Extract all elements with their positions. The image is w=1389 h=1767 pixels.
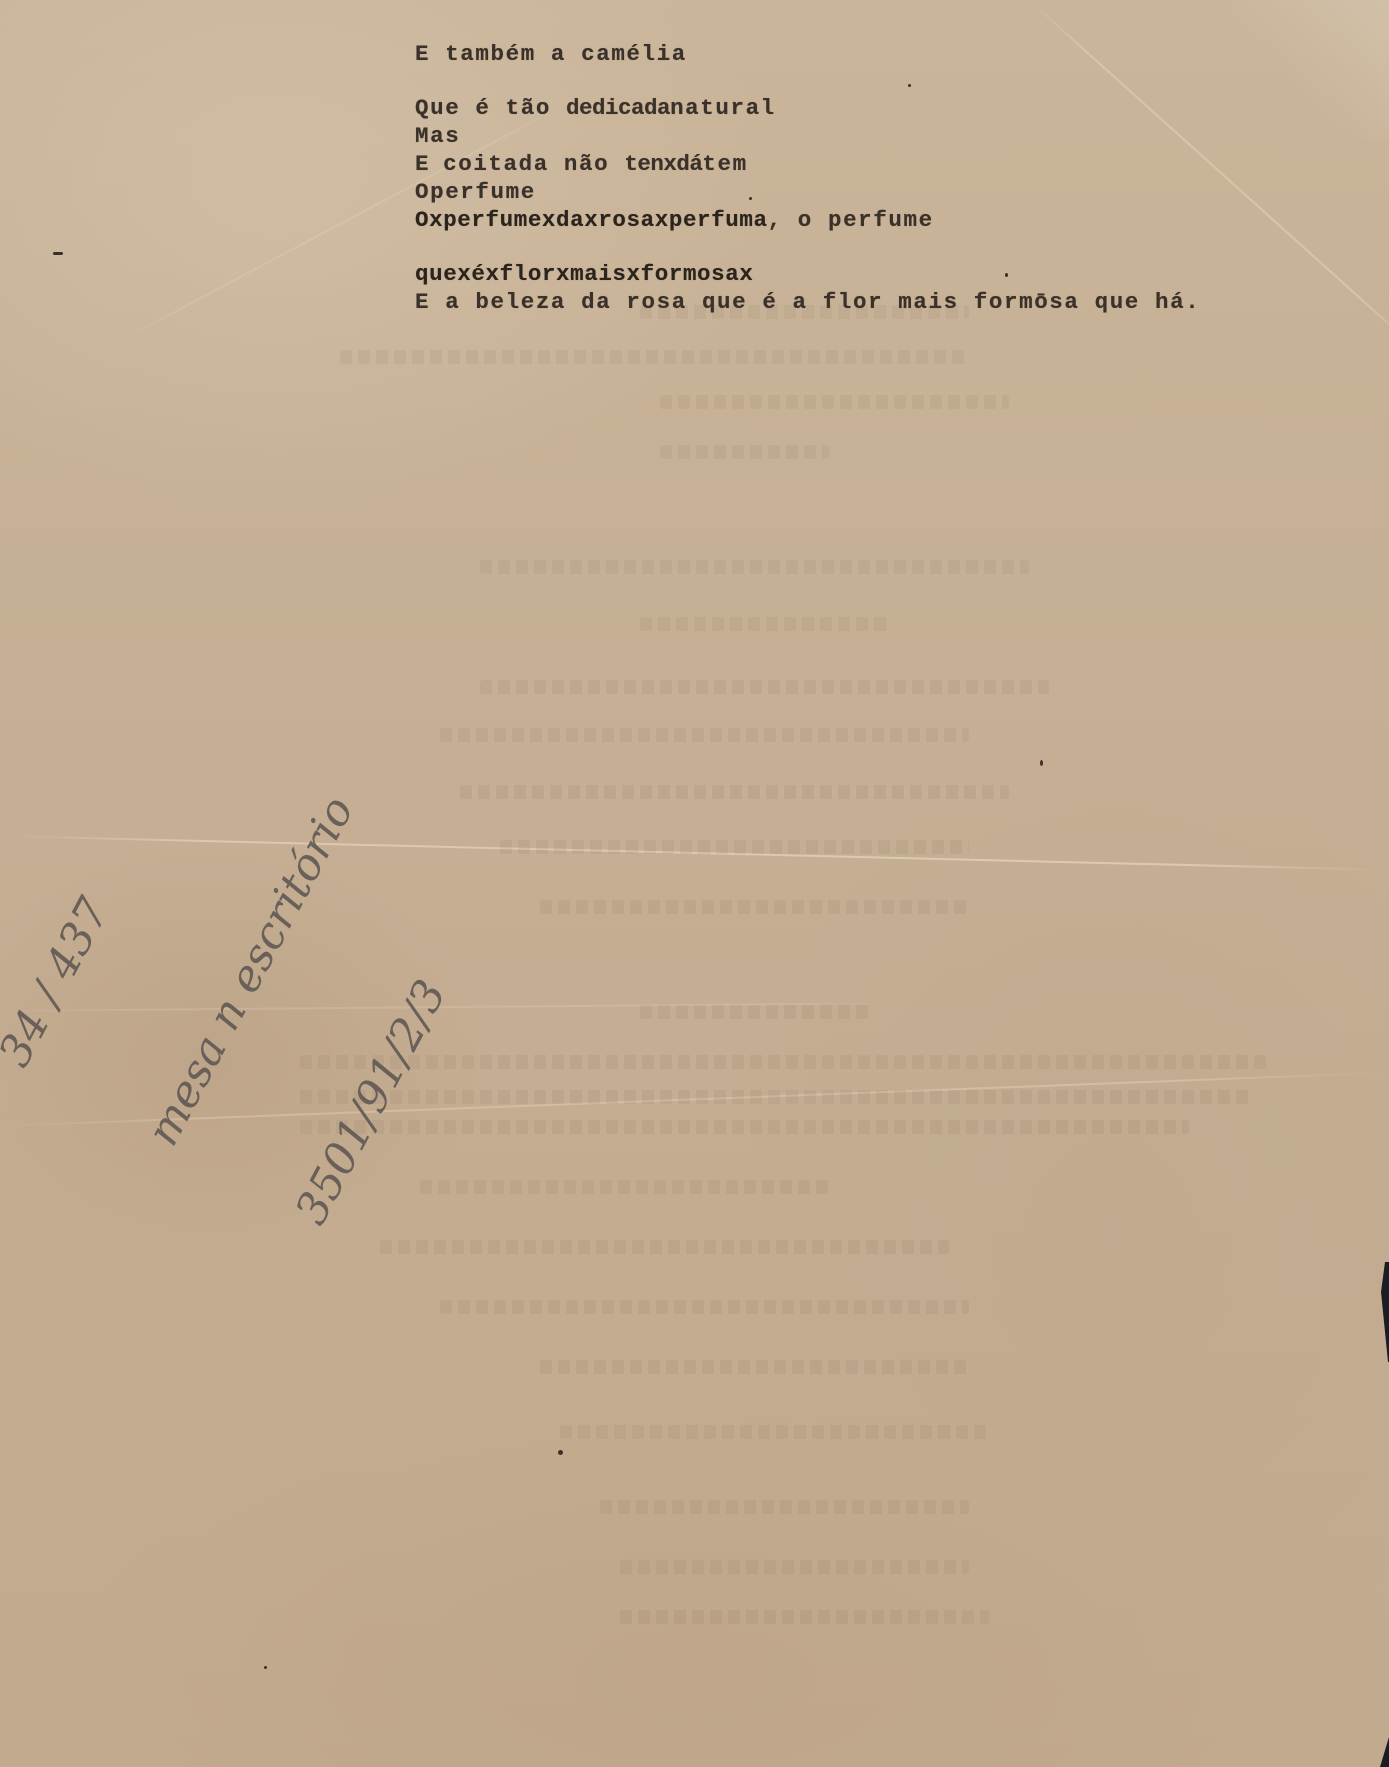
bleed-through-text [440, 728, 969, 742]
struck-out-text: dedicada [566, 95, 670, 121]
typescript-line: E coitada não tenxdátem [415, 150, 1200, 178]
ink-speck [749, 197, 752, 200]
bleed-through-text [380, 1240, 949, 1254]
line-text: Operfume [415, 179, 536, 205]
struck-out-text: E [415, 151, 428, 177]
ink-speck [264, 1666, 267, 1669]
ink-speck [908, 84, 911, 87]
bleed-through-text [500, 840, 969, 854]
typescript-line: Operfume [415, 178, 1200, 206]
bleed-through-text [640, 1005, 869, 1019]
bleed-through-text [540, 900, 969, 914]
line-text: natural [670, 95, 776, 121]
line-text: , o perfume [768, 207, 934, 233]
line-text: Mas [415, 123, 460, 149]
line-gap [415, 68, 1200, 94]
bleed-through-text [540, 1360, 969, 1374]
typescript-line: Oxperfumexdaxrosaxperfuma, o perfume [415, 206, 1200, 234]
corner-fold [1229, 0, 1389, 140]
bleed-through-text [600, 1500, 969, 1514]
bleed-through-text [340, 350, 969, 364]
line-text: E também a camélia [415, 41, 687, 67]
typescript-line: Que é tão dedicadanatural [415, 94, 1200, 122]
line-text: Que é tão [415, 95, 566, 121]
bleed-through-text [420, 1180, 829, 1194]
bleed-through-text [620, 1610, 989, 1624]
ink-speck [1040, 760, 1043, 766]
struck-out-text: quexéxflorxmaisxformosax [415, 261, 753, 287]
bleed-through-text [480, 680, 1049, 694]
ink-speck [53, 252, 63, 255]
typescript-line: quexéxflorxmaisxformosax [415, 260, 1200, 288]
bleed-through-text [660, 395, 1009, 409]
bleed-through-text [560, 1425, 989, 1439]
line-text: coitada não [428, 151, 624, 177]
bleed-through-text [460, 785, 1009, 799]
line-text: tem [702, 151, 747, 177]
ink-speck [558, 1450, 563, 1455]
struck-out-text: Oxperfumexdaxrosaxperfuma [415, 207, 768, 233]
typescript-line: Mas [415, 122, 1200, 150]
typescript-text: E também a camélia Que é tão dedicadanat… [415, 40, 1200, 316]
bleed-through-text [640, 617, 889, 631]
bleed-through-text [480, 560, 1029, 574]
bleed-through-text [660, 445, 829, 459]
bleed-through-text [440, 1300, 969, 1314]
line-gap [415, 234, 1200, 260]
annotation-line: mesa n escritório [135, 811, 353, 1155]
bleed-through-text [620, 1560, 969, 1574]
ink-speck [1005, 273, 1008, 277]
line-text: E a beleza da rosa que é a flor mais for… [415, 289, 1200, 315]
struck-out-text: tenxdá [624, 151, 702, 177]
typescript-line: E também a camélia [415, 40, 1200, 68]
annotation-line: 34 / 437 [0, 732, 206, 1076]
typescript-line: E a beleza da rosa que é a flor mais for… [415, 288, 1200, 316]
